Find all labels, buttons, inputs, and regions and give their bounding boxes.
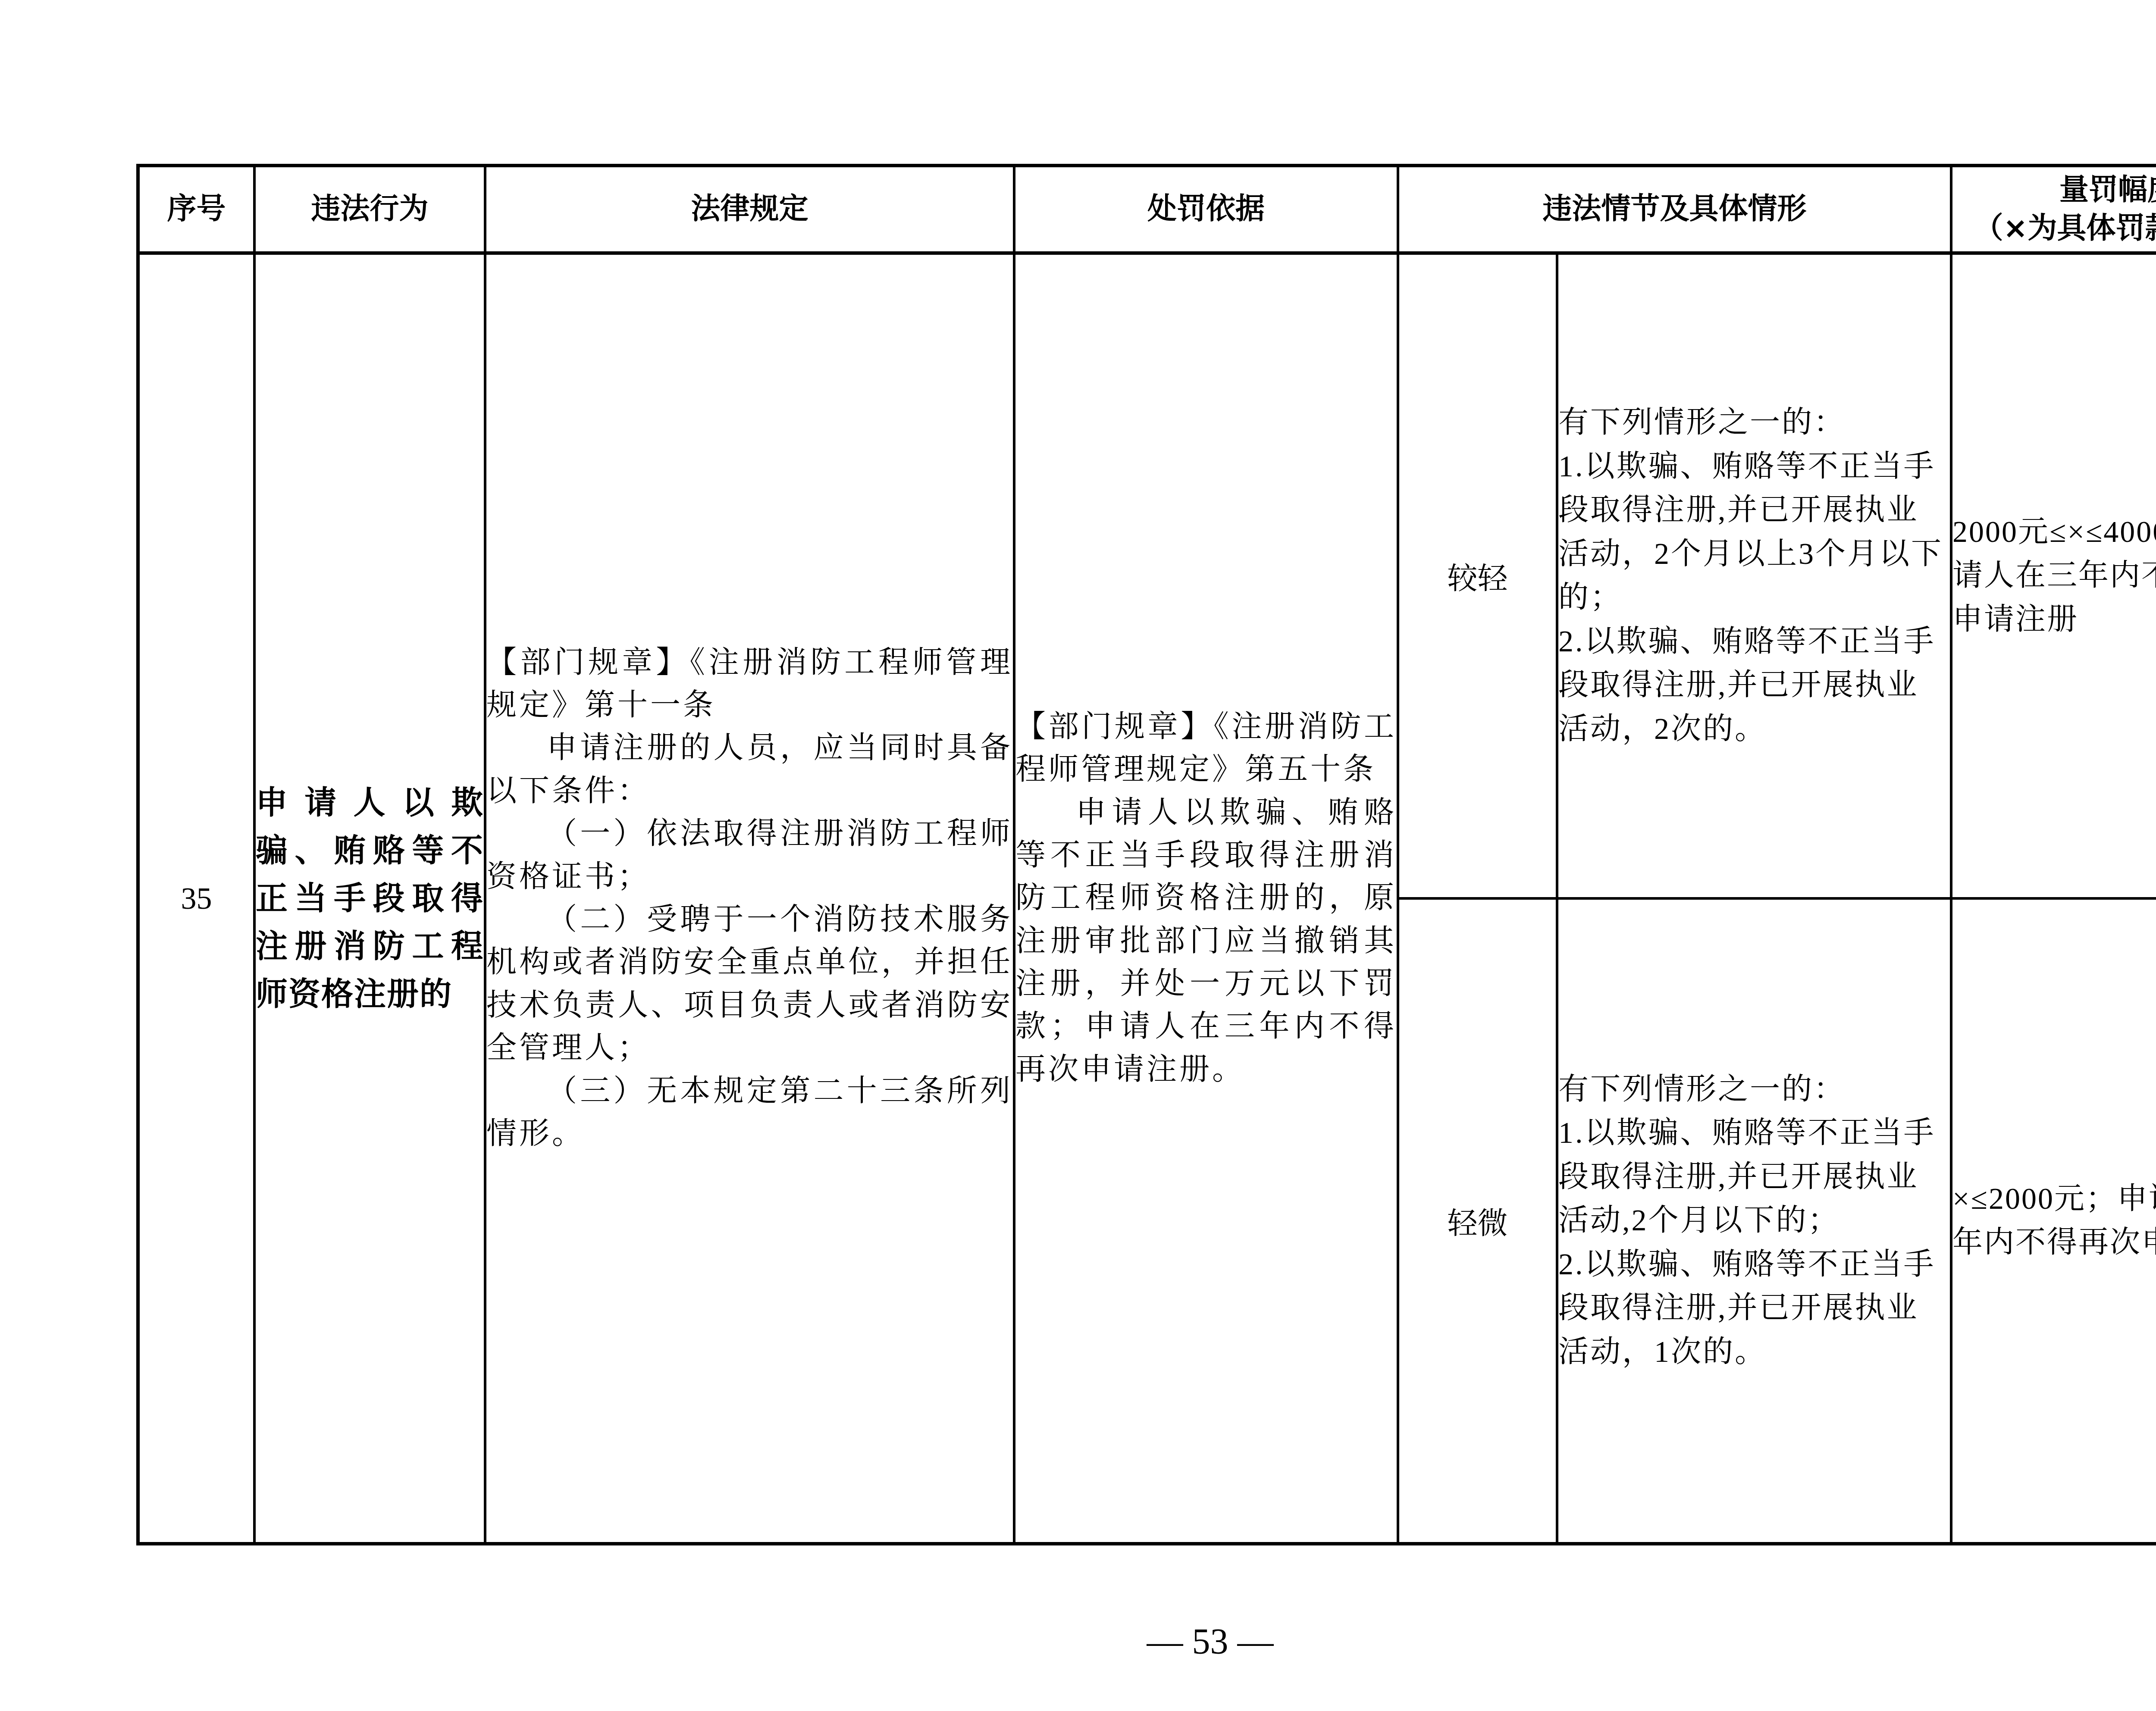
header-penalty-range: 量罚幅度 （×为具体罚款金额） [1951,166,2156,253]
header-range-title: 量罚幅度 [1952,171,2156,209]
table-header-row: 序号 违法行为 法律规定 处罚依据 违法情节及具体情形 量罚幅度 （×为具体罚款… [138,166,2156,253]
detail-minor: 有下列情形之一的： 1.以欺骗、贿赂等不正当手段取得注册,并已开展执业活动，2个… [1557,253,1951,898]
law-item-1: （一）依法取得注册消防工程师资格证书； [486,813,1013,898]
detail-minor-item-1: 1.以欺骗、贿赂等不正当手段取得注册,并已开展执业活动，2个月以上3个月以下的； [1558,445,1950,620]
row-behavior: 申请人以欺骗、贿赂等不正当手段取得注册消防工程师资格注册的 [254,253,485,1544]
detail-slight-item-2: 2.以欺骗、贿赂等不正当手段取得注册,并已开展执业活动，1次的。 [1558,1243,1950,1374]
header-circumstance: 违法情节及具体情形 [1398,166,1951,253]
page-number: — 53 — [0,1621,2156,1663]
detail-slight-intro: 有下列情形之一的： [1558,1068,1950,1112]
basis-para: 申请人以欺骗、贿赂等不正当手段取得注册消防工程师资格注册的，原注册审批部门应当撤… [1015,791,1397,1092]
penalty-table: 序号 违法行为 法律规定 处罚依据 违法情节及具体情形 量罚幅度 （×为具体罚款… [136,164,2156,1545]
header-seq: 序号 [138,166,254,253]
basis-title: 【部门规章】《注册消防工程师管理规定》第五十条 [1015,706,1397,791]
detail-minor-intro: 有下列情形之一的： [1558,401,1950,445]
law-title: 【部门规章】《注册消防工程师管理规定》第十一条 [486,641,1013,727]
row-seq: 35 [138,253,254,1544]
row-law: 【部门规章】《注册消防工程师管理规定》第十一条 申请注册的人员，应当同时具备以下… [485,253,1014,1544]
law-item-2: （二）受聘于一个消防技术服务机构或者消防安全重点单位，并担任技术负责人、项目负责… [486,898,1013,1070]
level-minor: 较轻 [1398,253,1557,898]
law-item-3: （三）无本规定第二十三条所列情形。 [486,1070,1013,1156]
amount-slight: ×≤2000元；申请人在三年内不得再次申请注册 [1951,898,2156,1544]
header-basis: 处罚依据 [1014,166,1398,253]
header-law: 法律规定 [485,166,1014,253]
detail-minor-item-2: 2.以欺骗、贿赂等不正当手段取得注册,并已开展执业活动，2次的。 [1558,620,1950,751]
law-para: 申请注册的人员，应当同时具备以下条件： [486,727,1013,813]
header-behavior: 违法行为 [254,166,485,253]
amount-minor: 2000元≤×≤4000元；申请人在三年内不得再次申请注册 [1951,253,2156,898]
document-page: 序号 违法行为 法律规定 处罚依据 违法情节及具体情形 量罚幅度 （×为具体罚款… [0,0,2156,1711]
header-range-note: （×为具体罚款金额） [1952,210,2156,247]
detail-slight-item-1: 1.以欺骗、贿赂等不正当手段取得注册,并已开展执业活动,2个月以下的； [1558,1111,1950,1243]
level-slight: 轻微 [1398,898,1557,1544]
row-basis: 【部门规章】《注册消防工程师管理规定》第五十条 申请人以欺骗、贿赂等不正当手段取… [1014,253,1398,1544]
detail-slight: 有下列情形之一的： 1.以欺骗、贿赂等不正当手段取得注册,并已开展执业活动,2个… [1557,898,1951,1544]
table-row: 35 申请人以欺骗、贿赂等不正当手段取得注册消防工程师资格注册的 【部门规章】《… [138,253,2156,898]
